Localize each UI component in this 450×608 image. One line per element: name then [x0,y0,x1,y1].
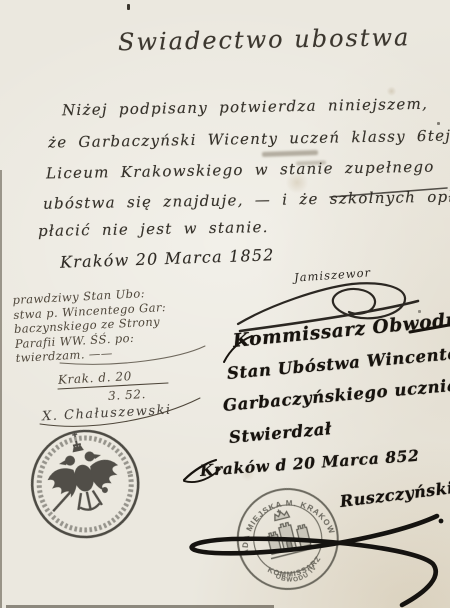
body-line: że Garbaczyński Wicenty uczeń klassy 6te… [48,126,450,151]
margin-note-date-numerator: Krak. d. 20 [58,369,133,387]
parish-seal-stamp [15,411,156,555]
body-line: ubóstwa się znajduje, — i że szkolnych o… [43,187,450,212]
paraph-signature-text: Jamiszewor [294,265,372,284]
margin-note: prawdziwy Stan Ubo: stwa p. Wincentego G… [12,285,168,365]
attestation-line: Kommissarz Obwodu IV [232,306,450,352]
attestation-line: Stwierdzał [228,419,332,447]
body-line: płacić nie jest w stanie. [38,218,269,240]
paper-speck [437,122,440,125]
page-edge-left [0,170,2,608]
paper-speck [127,4,130,10]
scanned-document-page: Swiadectwo ubostwa Niżej podpisany potwi… [0,0,450,608]
body-line: Liceum Krakowskiego w stanie zupełnego [46,158,435,183]
margin-note-date-denominator: 3. 52. [108,387,147,403]
double-headed-eagle-icon [22,421,148,547]
pencil-smudge [262,150,318,157]
attestation-dateline: Kraków d 20 Marca 852 [199,446,420,480]
city-council-stamp: RADA MIEJSKA M. KRAKOWA KOMMISSARZ OBWOD… [219,472,357,608]
commissioner-signature: Ruszczyński. [339,477,450,511]
dateline: Kraków 20 Marca 1852 [60,245,275,271]
attestation-line: Garbaczyńskiego ucznia [222,375,450,415]
document-title: Swiadectwo ubostwa [118,24,378,57]
body-line: Niżej podpisany potwierdza niniejszem, [62,95,428,119]
